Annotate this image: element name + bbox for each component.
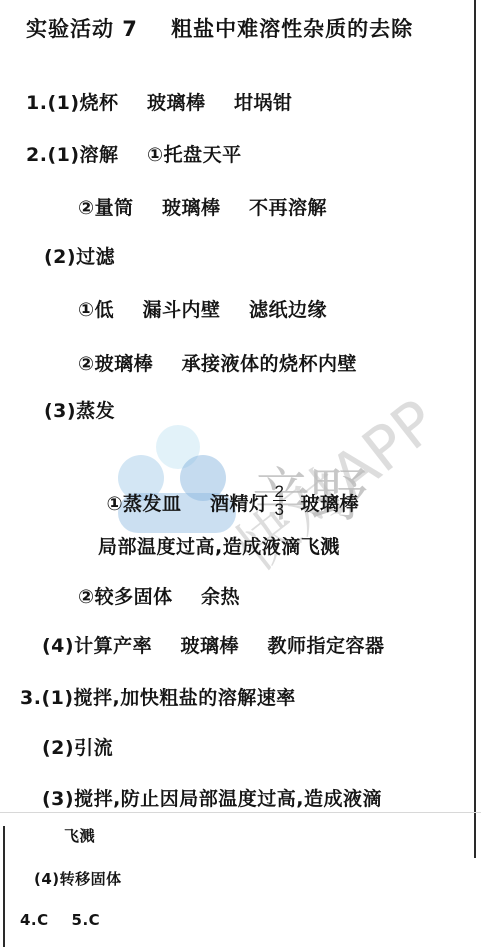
answer-line: 2.(1)溶解 ①托盘天平 [26, 146, 242, 165]
answer-line: 飞溅 [64, 829, 95, 844]
answer-text: 玻璃棒 [300, 493, 359, 515]
page-border-left [3, 826, 5, 947]
page-border-right [474, 0, 476, 858]
answer-line: (4)转移固体 [34, 872, 122, 887]
answer-line: 1.(1)烧杯 玻璃棒 坩埚钳 [26, 94, 292, 113]
answer-line: ①低 漏斗内壁 滤纸边缘 [78, 301, 327, 320]
image-seam-divider [0, 812, 481, 813]
answer-line-with-fraction: ①蒸发皿 酒精灯23玻璃棒 [78, 468, 359, 541]
answer-line: 4.C 5.C [20, 913, 100, 928]
fraction-denominator: 3 [273, 501, 287, 518]
answer-line: ②玻璃棒 承接液体的烧杯内壁 [78, 355, 357, 374]
answer-line: (2)引流 [42, 739, 113, 758]
answer-line: ②量筒 玻璃棒 不再溶解 [78, 199, 327, 218]
page-title: 实验活动 7 粗盐中难溶性杂质的去除 [26, 19, 413, 40]
answer-text: ①蒸发皿 酒精灯 [106, 493, 268, 515]
answer-page: 辛野 快对APP 实验活动 7 粗盐中难溶性杂质的去除 1.(1)烧杯 玻璃棒 … [0, 0, 481, 947]
answer-line: 局部温度过高,造成液滴飞溅 [98, 538, 340, 557]
answer-line: (3)搅拌,防止因局部温度过高,造成液滴 [42, 790, 382, 809]
answer-line: (3)蒸发 [44, 402, 115, 421]
fraction-numerator: 2 [273, 483, 287, 501]
answer-line: (4)计算产率 玻璃棒 教师指定容器 [42, 637, 385, 656]
answer-line: (2)过滤 [44, 248, 115, 267]
answer-line: ②较多固体 余热 [78, 588, 240, 607]
answer-line: 3.(1)搅拌,加快粗盐的溶解速率 [20, 689, 296, 708]
fraction: 23 [273, 483, 287, 518]
